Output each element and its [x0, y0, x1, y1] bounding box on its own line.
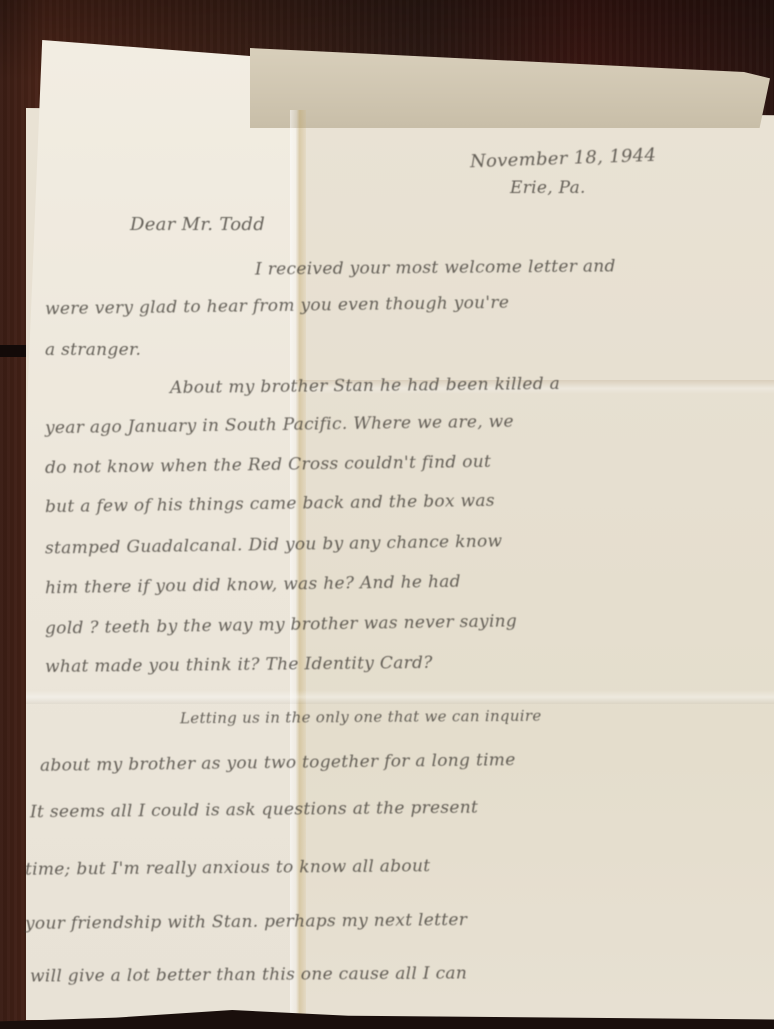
vertical-fold-crease [290, 110, 306, 1020]
letter-line: a stranger. [45, 340, 141, 360]
letter-salutation: Dear Mr. Todd [130, 214, 265, 235]
letter-line: I received your most welcome letter and [255, 256, 616, 279]
letter-line: what made you think it? The Identity Car… [45, 653, 433, 677]
letter-line: About my brother Stan he had been killed… [170, 374, 560, 398]
lower-horizontal-fold-crease [26, 690, 774, 704]
letter-line: will give a lot better than this one cau… [30, 963, 467, 986]
table-edge-shadow [0, 345, 30, 357]
letter-line: Letting us in the only one that we can i… [180, 707, 542, 728]
letter-line: time; but I'm really anxious to know all… [25, 856, 431, 880]
letter-line: your friendship with Stan. perhaps my ne… [25, 910, 467, 934]
letter-place: Erie, Pa. [510, 178, 586, 198]
